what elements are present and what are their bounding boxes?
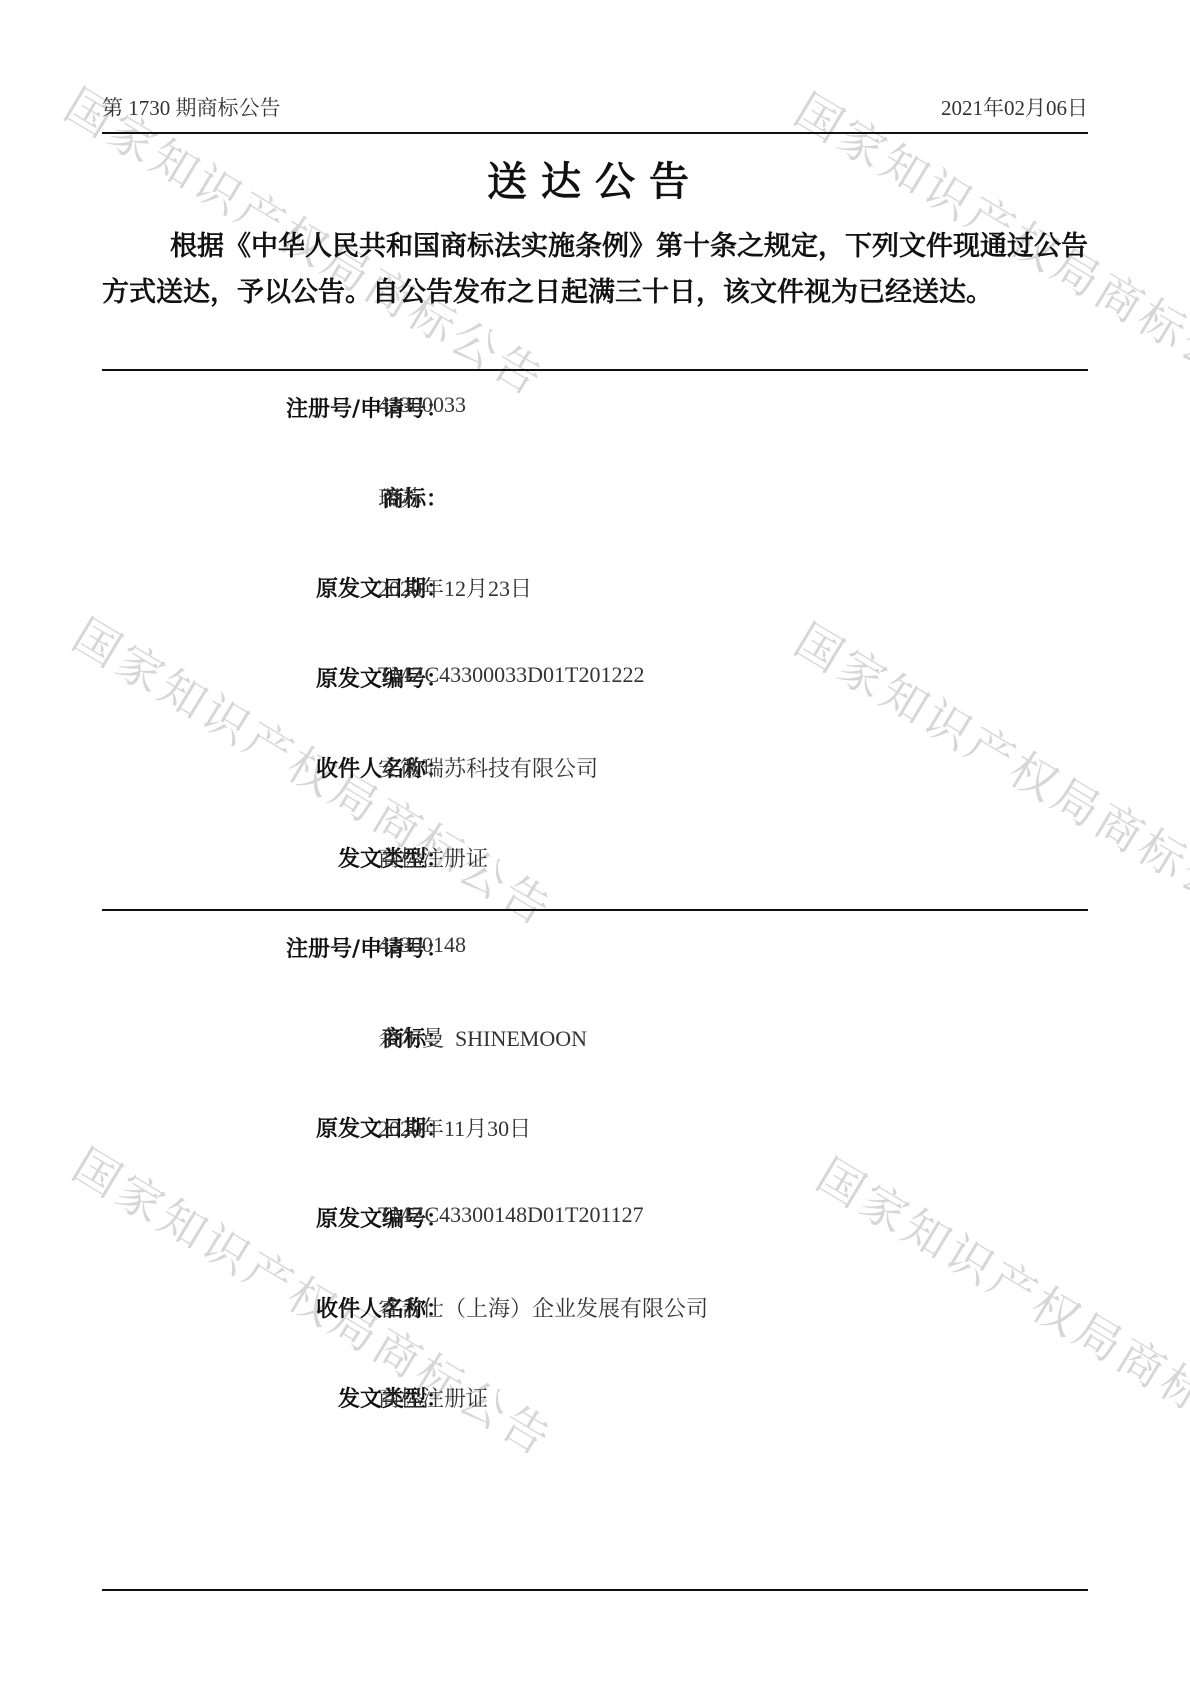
doc-type-value: 商标注册证: [378, 1382, 488, 1413]
record-2-reg-no: 注册号/申请号： 43300148: [102, 932, 1088, 972]
doc-type-value: 商标注册证: [378, 842, 488, 873]
publish-date: 2021年02月06日: [941, 92, 1088, 122]
divider: [102, 909, 1088, 911]
reg-no-value: 43300148: [378, 932, 466, 958]
record-1-trademark: 商标： 瑞苏: [102, 482, 1088, 522]
page-header: 第 1730 期商标公告 2021年02月06日: [102, 92, 1088, 134]
recipient-value: 睿吉仕（上海）企业发展有限公司: [378, 1292, 708, 1323]
record-2-orig-no: 原发文编号： TMZC43300148D01T201127: [102, 1202, 1088, 1242]
record-1-doc-type: 发文类型： 商标注册证: [102, 842, 1088, 882]
record-2-trademark: 商标： 佘尔曼 SHINEMOON: [102, 1022, 1088, 1062]
record-1-reg-no: 注册号/申请号： 43300033: [102, 392, 1088, 432]
record-1-recipient: 收件人名称： 安徽瑞苏科技有限公司: [102, 752, 1088, 792]
record-1-orig-date: 原发文日期： 2020年12月23日: [102, 572, 1088, 612]
orig-no-value: TMZC43300148D01T201127: [378, 1202, 644, 1228]
record-1-orig-no: 原发文编号： TMZC43300033D01T201222: [102, 662, 1088, 702]
trademark-value: 佘尔曼 SHINEMOON: [378, 1022, 587, 1053]
record-2-orig-date: 原发文日期： 2020年11月30日: [102, 1112, 1088, 1152]
record-2-doc-type: 发文类型： 商标注册证: [102, 1382, 1088, 1422]
record-2-recipient: 收件人名称： 睿吉仕（上海）企业发展有限公司: [102, 1292, 1088, 1332]
recipient-value: 安徽瑞苏科技有限公司: [378, 752, 598, 783]
footer-divider: [102, 1589, 1088, 1591]
orig-no-value: TMZC43300033D01T201222: [378, 662, 644, 688]
divider: [102, 369, 1088, 371]
trademark-value: 瑞苏: [378, 482, 422, 513]
issue-number: 第 1730 期商标公告: [102, 92, 281, 122]
intro-paragraph: 根据《中华人民共和国商标法实施条例》第十条之规定，下列文件现通过公告方式送达，予…: [102, 224, 1088, 316]
page-title: 送达公告: [0, 150, 1190, 207]
reg-no-value: 43300033: [378, 392, 466, 418]
orig-date-value: 2020年11月30日: [378, 1112, 531, 1143]
orig-date-value: 2020年12月23日: [378, 572, 532, 603]
